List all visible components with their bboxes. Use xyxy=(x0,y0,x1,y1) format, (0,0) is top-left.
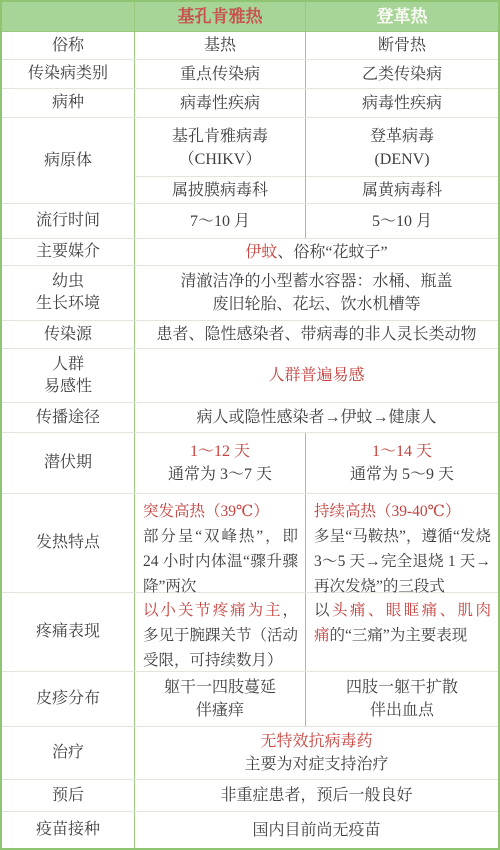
row-label: 皮疹分布 xyxy=(2,672,135,726)
row-pathogen: 病原体 基孔肯雅病毒 （CHIKV） 登革病毒 (DENV) 属披膜病毒科 属黄… xyxy=(2,118,498,204)
row-prognosis: 预后 非重症患者，预后一般良好 xyxy=(2,780,498,812)
cell-dengue: 持续高热（39-40℃） 多呈“马鞍热”，遵循“发烧 3～5 天→完全退烧 1 … xyxy=(306,494,498,592)
cell-span: 非重症患者，预后一般良好 xyxy=(135,780,498,811)
header-chikungunya: 基孔肯雅热 xyxy=(135,2,306,31)
row-incubation: 潜伏期 1～12 天 通常为 3～7 天 1～14 天 通常为 5～9 天 xyxy=(2,433,498,494)
pathogen-dengue-abbr: (DENV) xyxy=(374,148,429,171)
incubation-dengue-range: 1～14 天 xyxy=(372,440,432,463)
row-category: 传染病类别 重点传染病 乙类传染病 xyxy=(2,60,498,89)
cell-chik: 躯干一四肢蔓延 伴瘙痒 xyxy=(135,672,306,726)
cell-dengue: 四肢一躯干扩散 伴出血点 xyxy=(306,672,498,726)
row-label: 传染源 xyxy=(2,321,135,348)
pathogen-families: 属披膜病毒科 属黄病毒科 xyxy=(135,177,498,203)
row-label-line1: 幼虫 xyxy=(52,271,84,293)
cell-dengue: 断骨热 xyxy=(306,32,498,59)
row-label-line2: 生长环境 xyxy=(36,293,100,315)
fever-chik-highlight: 突发高热（39℃） xyxy=(143,503,269,520)
cell-dengue: 乙类传染病 xyxy=(306,60,498,88)
cell-span: 伊蚊、俗称“花蚊子” xyxy=(135,239,498,265)
row-label: 病种 xyxy=(2,89,135,117)
pathogen-names: 基孔肯雅病毒 （CHIKV） 登革病毒 (DENV) xyxy=(135,118,498,177)
rash-chik-line1: 躯干一四肢蔓延 xyxy=(164,676,276,699)
pain-chik-highlight: 以小关节疼痛为主 xyxy=(143,602,282,619)
cell-chik: 病毒性疾病 xyxy=(135,89,306,117)
cell-dengue: 以头痛、眼眶痛、肌肉痛的“三痛”为主要表现 xyxy=(306,593,498,671)
header-dengue: 登革热 xyxy=(306,2,498,31)
row-label: 传播途径 xyxy=(2,403,135,432)
incubation-chik-range: 1～12 天 xyxy=(190,440,250,463)
cell-chik: 突发高热（39℃） 部分呈“双峰热”，即 24 小时内体温“骤升骤降”两次 xyxy=(135,494,306,592)
row-transmission-route: 传播途径 病人或隐性感染者→伊蚊→健康人 xyxy=(2,403,498,433)
row-label: 病原体 xyxy=(2,118,135,203)
row-label-line1: 人群 xyxy=(52,354,84,376)
vector-highlight: 伊蚊 xyxy=(245,244,277,261)
pathogen-chik-name: 基孔肯雅病毒 xyxy=(172,125,268,148)
row-label: 人群 易感性 xyxy=(2,349,135,402)
cell-chik: 属披膜病毒科 xyxy=(135,177,306,203)
row-label: 传染病类别 xyxy=(2,60,135,88)
row-label: 俗称 xyxy=(2,32,135,59)
header-row: 基孔肯雅热 登革热 xyxy=(2,2,498,32)
cell-span: 清澈洁净的小型蓄水容器：水桶、瓶盖 废旧轮胎、花坛、饮水机槽等 xyxy=(135,266,498,320)
row-alias: 俗称 基热 断骨热 xyxy=(2,32,498,60)
row-label: 流行时间 xyxy=(2,204,135,238)
cell-span: 病人或隐性感染者→伊蚊→健康人 xyxy=(135,403,498,432)
fever-dengue-highlight: 持续高热（39-40℃） xyxy=(314,503,461,520)
vector-text: 伊蚊、俗称“花蚊子” xyxy=(245,241,387,264)
vector-rest: 、俗称“花蚊子” xyxy=(277,244,387,261)
treatment-text: 主要为对症支持治疗 xyxy=(244,753,388,776)
comparison-table: 基孔肯雅热 登革热 俗称 基热 断骨热 传染病类别 重点传染病 乙类传染病 病种… xyxy=(0,0,500,850)
row-larva-environment: 幼虫 生长环境 清澈洁净的小型蓄水容器：水桶、瓶盖 废旧轮胎、花坛、饮水机槽等 xyxy=(2,266,498,321)
row-susceptibility: 人群 易感性 人群普遍易感 xyxy=(2,349,498,403)
row-label: 疼痛表现 xyxy=(2,593,135,671)
row-treatment: 治疗 无特效抗病毒药 主要为对症支持治疗 xyxy=(2,727,498,780)
row-vaccination: 疫苗接种 国内目前尚无疫苗 xyxy=(2,812,498,848)
row-label: 主要媒介 xyxy=(2,239,135,265)
row-label: 发热特点 xyxy=(2,494,135,592)
incubation-chik-typical: 通常为 3～7 天 xyxy=(168,463,272,486)
row-fever-features: 发热特点 突发高热（39℃） 部分呈“双峰热”，即 24 小时内体温“骤升骤降”… xyxy=(2,494,498,593)
row-season: 流行时间 7～10 月 5～10 月 xyxy=(2,204,498,239)
cell-chik: 1～12 天 通常为 3～7 天 xyxy=(135,433,306,493)
row-label-line2: 易感性 xyxy=(44,376,92,398)
pathogen-dengue-name: 登革病毒 xyxy=(370,125,434,148)
treatment-highlight: 无特效抗病毒药 xyxy=(260,730,372,753)
rash-chik-line2: 伴瘙痒 xyxy=(196,699,244,722)
row-disease-type: 病种 病毒性疾病 病毒性疾病 xyxy=(2,89,498,118)
larva-line1: 清澈洁净的小型蓄水容器：水桶、瓶盖 xyxy=(180,270,452,293)
rash-dengue-line2: 伴出血点 xyxy=(370,699,434,722)
pathogen-cells: 基孔肯雅病毒 （CHIKV） 登革病毒 (DENV) 属披膜病毒科 属黄病毒科 xyxy=(135,118,498,203)
row-label: 幼虫 生长环境 xyxy=(2,266,135,320)
row-infection-source: 传染源 患者、隐性感染者、带病毒的非人灵长类动物 xyxy=(2,321,498,349)
row-label: 预后 xyxy=(2,780,135,811)
row-rash-distribution: 皮疹分布 躯干一四肢蔓延 伴瘙痒 四肢一躯干扩散 伴出血点 xyxy=(2,672,498,727)
fever-dengue-text: 多呈“马鞍热”，遵循“发烧 3～5 天→完全退烧 1 天→再次发烧”的三段式 xyxy=(314,528,491,595)
rash-dengue-line1: 四肢一躯干扩散 xyxy=(346,676,458,699)
incubation-dengue-typical: 通常为 5～9 天 xyxy=(350,463,454,486)
cell-chik: 基热 xyxy=(135,32,306,59)
cell-dengue: 属黄病毒科 xyxy=(306,177,498,203)
row-label: 治疗 xyxy=(2,727,135,779)
cell-chik: 基孔肯雅病毒 （CHIKV） xyxy=(135,118,306,177)
cell-span: 国内目前尚无疫苗 xyxy=(135,812,498,848)
row-label: 潜伏期 xyxy=(2,433,135,493)
cell-dengue: 登革病毒 (DENV) xyxy=(306,118,498,177)
cell-chik: 7～10 月 xyxy=(135,204,306,238)
pathogen-chik-abbr: （CHIKV） xyxy=(179,148,262,171)
row-pain-presentation: 疼痛表现 以小关节疼痛为主，多见于腕踝关节（活动受限，可持续数月） 以头痛、眼眶… xyxy=(2,593,498,672)
cell-dengue: 1～14 天 通常为 5～9 天 xyxy=(306,433,498,493)
cell-chik: 以小关节疼痛为主，多见于腕踝关节（活动受限，可持续数月） xyxy=(135,593,306,671)
header-empty-cell xyxy=(2,2,135,31)
cell-span: 患者、隐性感染者、带病毒的非人灵长类动物 xyxy=(135,321,498,348)
larva-line2: 废旧轮胎、花坛、饮水机槽等 xyxy=(212,293,420,316)
row-label: 疫苗接种 xyxy=(2,812,135,848)
cell-span: 无特效抗病毒药 主要为对症支持治疗 xyxy=(135,727,498,779)
row-vector: 主要媒介 伊蚊、俗称“花蚊子” xyxy=(2,239,498,266)
pain-dengue-pre: 以 xyxy=(314,602,332,619)
cell-span: 人群普遍易感 xyxy=(135,349,498,402)
pain-dengue-text: 的“三痛”为主要表现 xyxy=(330,627,468,644)
fever-chik-text: 部分呈“双峰热”，即 24 小时内体温“骤升骤降”两次 xyxy=(143,528,298,595)
cell-dengue: 5～10 月 xyxy=(306,204,498,238)
cell-dengue: 病毒性疾病 xyxy=(306,89,498,117)
cell-chik: 重点传染病 xyxy=(135,60,306,88)
